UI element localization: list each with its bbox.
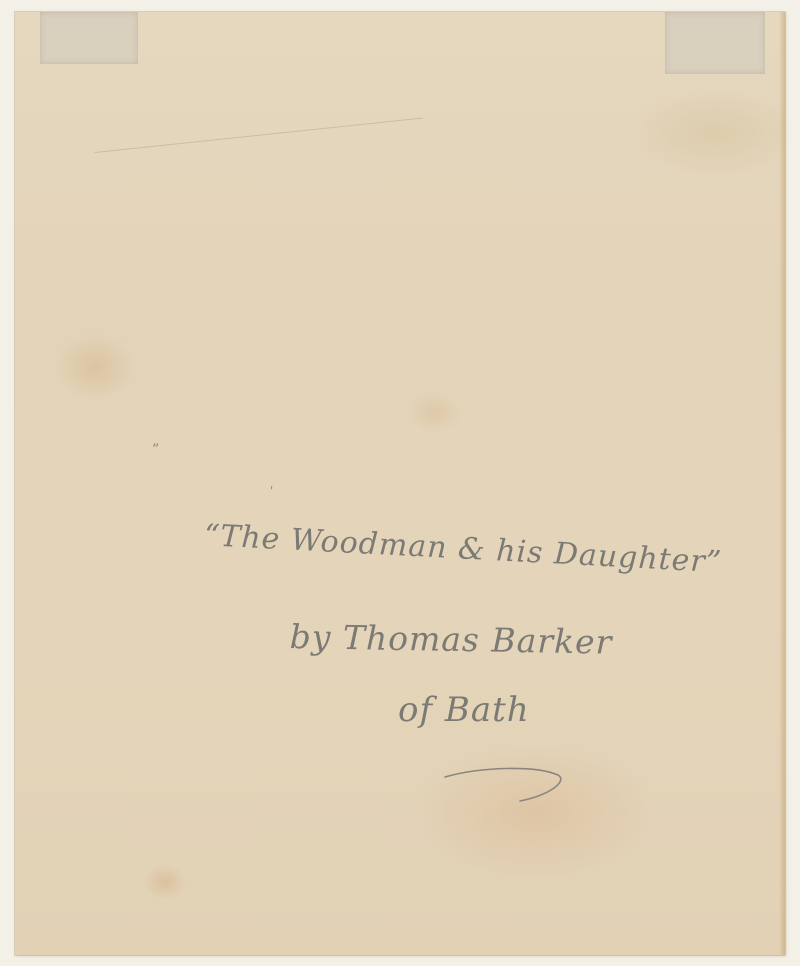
inscription-place: of Bath (398, 690, 530, 730)
stray-pencil-mark: ' (270, 484, 273, 498)
pencil-flourish (440, 765, 570, 805)
stray-pencil-mark: ” (152, 442, 159, 458)
hinge-tape-left (40, 12, 138, 64)
mount-board: ” ' “The Woodman & his Daughter” by Thom… (0, 0, 800, 966)
hinge-tape-right (665, 12, 765, 74)
inscription-artist: by Thomas Barker (289, 617, 612, 662)
paper-crease (95, 118, 424, 155)
paper-sheet (15, 12, 785, 955)
